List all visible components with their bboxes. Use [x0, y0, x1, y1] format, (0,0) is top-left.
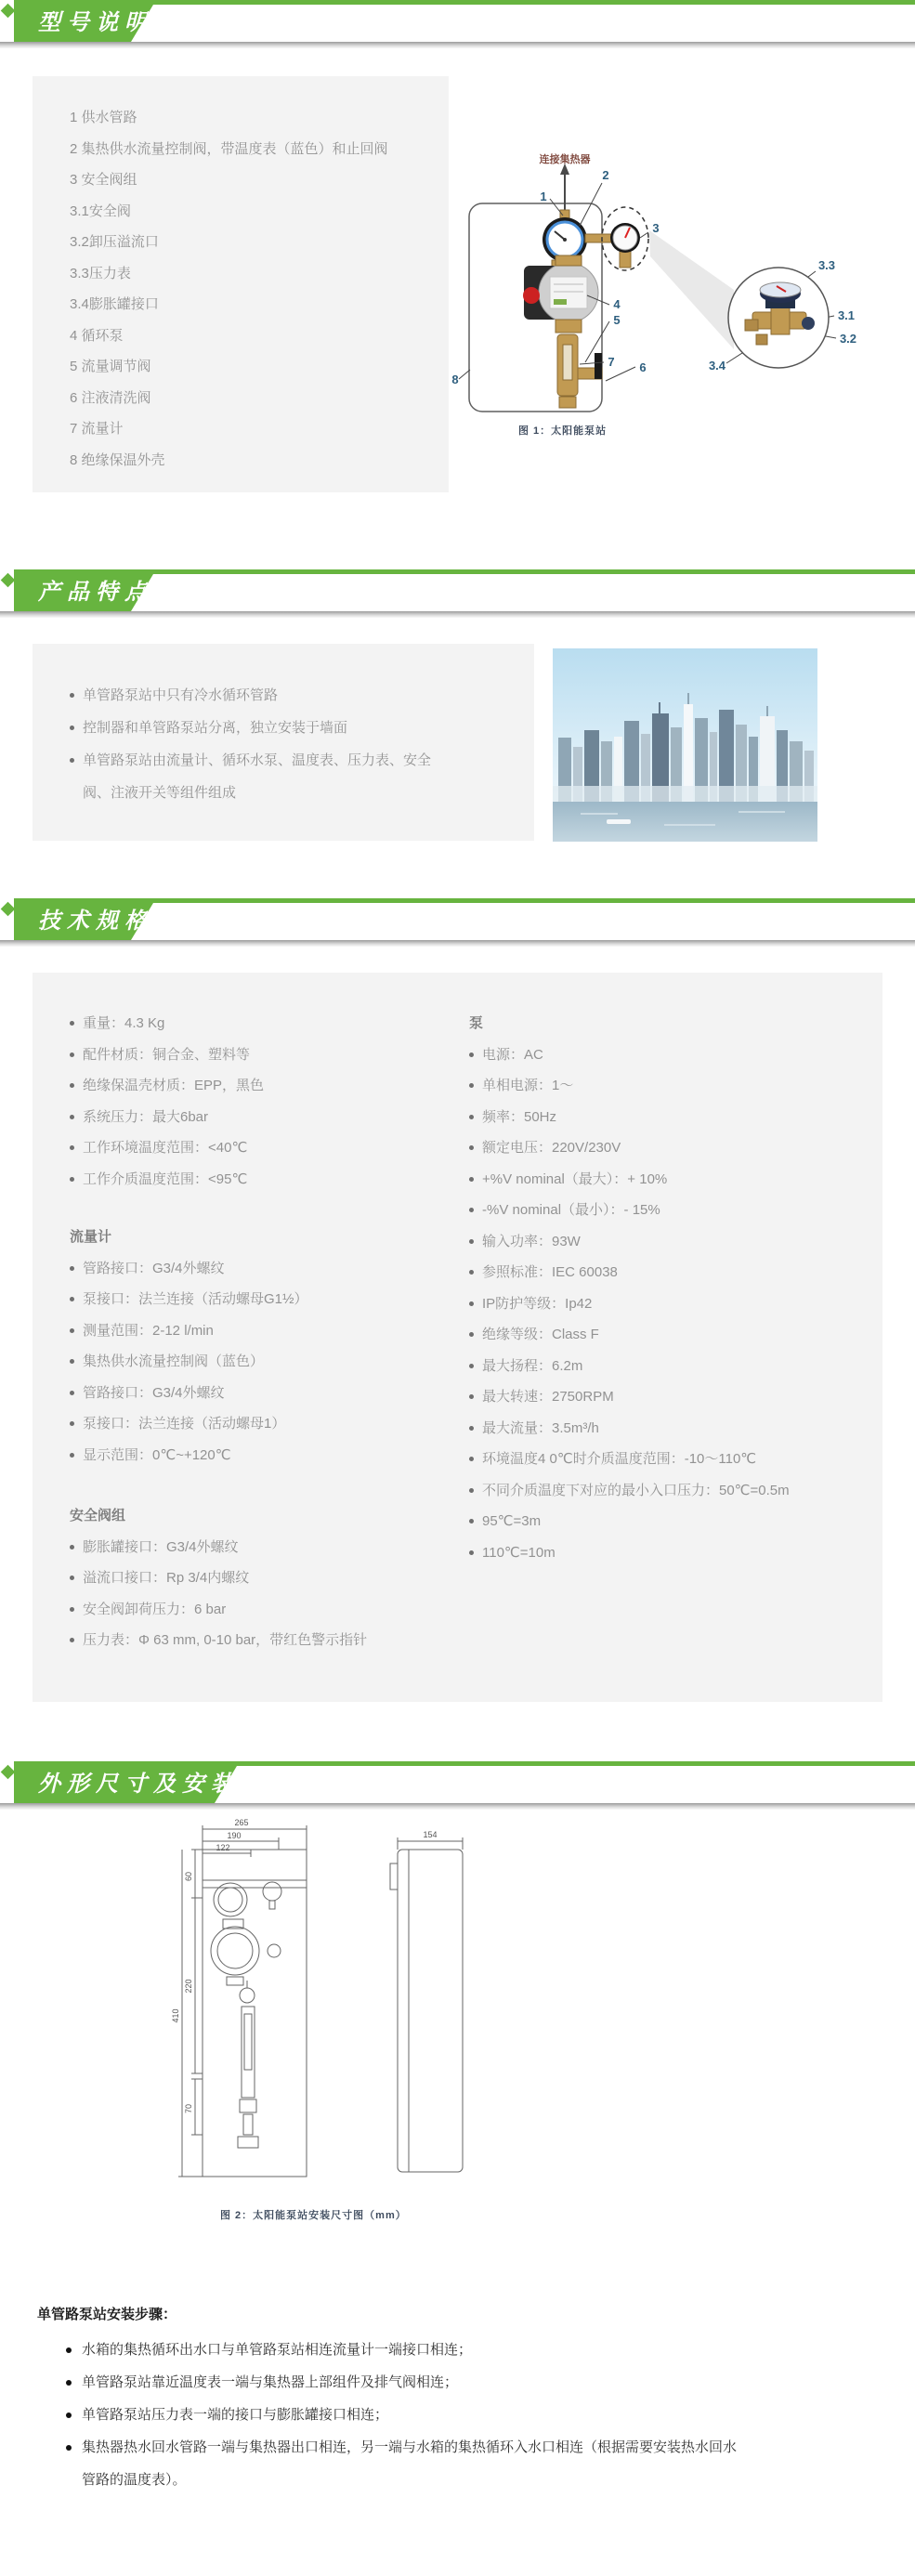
bullet-icon [66, 2380, 72, 2386]
callout-3-3: 3.3 [818, 258, 835, 272]
list-item: +%V nominal（最大）：+ 10% [469, 1164, 869, 1196]
banner-top-line [14, 0, 915, 5]
banner-shadow [0, 42, 915, 48]
specs-safety-list: 膨胀罐接口：G3/4外螺纹溢流口接口：Rp 3/4内螺纹安全阀卸荷压力：6 ba… [70, 1532, 460, 1656]
list-item: 泵接口：法兰连接（活动螺母G1½） [70, 1284, 460, 1315]
bullet-icon [70, 1021, 74, 1026]
dim-410: 410 [171, 2008, 180, 2022]
list-item: 单管路泵站由流量计、循环水泵、温度表、压力表、安全阀、注液开关等组件组成 [70, 744, 452, 809]
list-item: 7 流量计 [70, 413, 449, 445]
list-item: 最大转速：2750RPM [469, 1381, 869, 1413]
section-title-model: 型号说明 [14, 5, 153, 42]
diamond-icon [1, 902, 16, 917]
bullet-icon [70, 1177, 74, 1182]
list-item: 110℃=10m [469, 1537, 869, 1569]
pump-knob [523, 287, 540, 304]
banner-top-line [14, 569, 915, 574]
list-item: 水箱的集热循环出水口与单管路泵站相连流量计一端接口相连； [58, 2334, 750, 2366]
list-item: 压力表：Φ 63 mm, 0-10 bar，带红色警示指针 [70, 1625, 460, 1656]
bullet-icon [469, 1083, 474, 1088]
bullet-icon [469, 1301, 474, 1306]
bullet-icon [66, 2445, 72, 2451]
figure1-caption: 图 1：太阳能泵站 [518, 423, 607, 438]
callout-7: 7 [608, 355, 614, 369]
bullet-icon [70, 758, 74, 763]
list-item: 频率：50Hz [469, 1102, 869, 1133]
list-item: 3.3压力表 [70, 258, 449, 290]
bullet-icon [469, 1488, 474, 1493]
list-item: 额定电压：220V/230V [469, 1132, 869, 1164]
list-item: 2 集热供水流量控制阀，带温度表（蓝色）和止回阀 [70, 134, 449, 165]
callout-5: 5 [613, 313, 620, 327]
bullet-icon [70, 1115, 74, 1119]
bullet-icon [70, 1545, 74, 1550]
list-item: 3.1安全阀 [70, 196, 449, 228]
list-item: 5 流量调节阀 [70, 351, 449, 383]
bullet-icon [469, 1550, 474, 1555]
bullet-icon [66, 2347, 72, 2353]
bullet-icon [70, 1638, 74, 1642]
dim-220: 220 [184, 1979, 193, 1993]
dim-60: 60 [184, 1872, 193, 1881]
features-panel: 单管路泵站中只有冷水循环管路控制器和单管路泵站分离，独立安装于墙面单管路泵站由流… [33, 644, 534, 841]
specs-left-column: 重量：4.3 Kg配件材质：铜合金、塑料等绝缘保温壳材质：EPP，黑色系统压力：… [70, 1008, 460, 1656]
list-item: 单管路泵站靠近温度表一端与集热器上部组件及排气阀相连； [58, 2366, 750, 2399]
bullet-icon [469, 1239, 474, 1244]
specs-right-column: 泵 电源：AC单相电源：1～频率：50Hz额定电压：220V/230V+%V n… [469, 1008, 869, 1568]
list-item: 测量范围：2-12 l/min [70, 1315, 460, 1347]
list-item: 3.4膨胀罐接口 [70, 289, 449, 320]
bullet-icon [70, 1359, 74, 1364]
bullet-icon [70, 1266, 74, 1271]
specs-pump-list: 电源：AC单相电源：1～频率：50Hz额定电压：220V/230V+%V nom… [469, 1040, 869, 1569]
section-banner-specs: 技术规格 [0, 898, 915, 947]
list-item: 参照标准：IEC 60038 [469, 1257, 869, 1288]
callout-4: 4 [613, 297, 621, 311]
list-item: 绝缘保温壳材质：EPP，黑色 [70, 1070, 460, 1102]
banner-top-line [14, 1761, 915, 1766]
figure2-dimension-drawing: 265 190 122 60 220 410 70 154 [149, 1810, 483, 2204]
list-item: 泵接口：法兰连接（活动螺母1） [70, 1408, 460, 1440]
list-item: 单相电源：1～ [469, 1070, 869, 1102]
model-parts-panel: 1 供水管路2 集热供水流量控制阀，带温度表（蓝色）和止回阀3 安全阀组3.1安… [33, 76, 449, 492]
list-item: 不同介质温度下对应的最小入口压力：50℃=0.5m [469, 1475, 869, 1507]
bullet-icon [66, 2413, 72, 2418]
diamond-icon [1, 573, 16, 588]
specs-flowmeter-list: 管路接口：G3/4外螺纹泵接口：法兰连接（活动螺母G1½）测量范围：2-12 l… [70, 1253, 460, 1471]
section-banner-model: 型号说明 [0, 0, 915, 48]
section-banner-install: 外形尺寸及安装 [0, 1761, 915, 1810]
list-item: 工作介质温度范围：<95℃ [70, 1164, 460, 1196]
flowmeter-subheading: 流量计 [70, 1222, 460, 1253]
list-item: 膨胀罐接口：G3/4外螺纹 [70, 1532, 460, 1563]
list-item: 1 供水管路 [70, 102, 449, 134]
list-item: 电源：AC [469, 1040, 869, 1071]
list-item: 系统压力：最大6bar [70, 1102, 460, 1133]
list-item: 4 循环泵 [70, 320, 449, 352]
diamond-icon [1, 4, 16, 19]
list-item: 重量：4.3 Kg [70, 1008, 460, 1040]
list-item: 管路接口：G3/4外螺纹 [70, 1378, 460, 1409]
list-item: 绝缘等级：Class F [469, 1319, 869, 1351]
banner-shadow [0, 611, 915, 618]
list-item: 集热器热水回水管路一端与集热器出口相连，另一端与水箱的集热循环入水口相连（根据需… [58, 2431, 750, 2496]
safety-subheading: 安全阀组 [70, 1500, 460, 1532]
bullet-icon [70, 1453, 74, 1458]
bullet-icon [469, 1208, 474, 1212]
list-item: 3.2卸压溢流口 [70, 227, 449, 258]
bullet-icon [70, 1083, 74, 1088]
dim-265: 265 [234, 1818, 248, 1827]
banner-shadow [0, 940, 915, 947]
specs-panel: 重量：4.3 Kg配件材质：铜合金、塑料等绝缘保温壳材质：EPP，黑色系统压力：… [33, 973, 882, 1702]
banner-shadow [0, 1803, 915, 1810]
callout-1: 1 [540, 190, 546, 203]
page: 型号说明 1 供水管路2 集热供水流量控制阀，带温度表（蓝色）和止回阀3 安全阀… [0, 0, 915, 2576]
dim-122: 122 [216, 1843, 229, 1852]
bullet-icon [70, 726, 74, 730]
dim-70: 70 [184, 2104, 193, 2113]
bullet-icon [70, 1391, 74, 1395]
connect-collector-label: 连接集热器 [540, 152, 591, 165]
bullet-icon [469, 1364, 474, 1368]
callout-3-2: 3.2 [840, 332, 856, 346]
list-item: 输入功率：93W [469, 1226, 869, 1258]
figure1-pump-station-diagram: 连接集热器 [446, 74, 892, 446]
specs-general-list: 重量：4.3 Kg配件材质：铜合金、塑料等绝缘保温壳材质：EPP，黑色系统压力：… [70, 1008, 460, 1195]
bullet-icon [70, 1576, 74, 1580]
bullet-icon [70, 693, 74, 698]
section-title-features: 产品特点 [14, 574, 153, 611]
callout-3-4: 3.4 [709, 359, 726, 373]
list-item: 配件材质：铜合金、塑料等 [70, 1040, 460, 1071]
section-banner-features: 产品特点 [0, 569, 915, 618]
bullet-icon [469, 1115, 474, 1119]
side-view-outline [398, 1850, 463, 2172]
bullet-icon [70, 1297, 74, 1301]
list-item: 3 安全阀组 [70, 164, 449, 196]
list-item: 控制器和单管路泵站分离，独立安装于墙面 [70, 712, 452, 744]
features-list: 单管路泵站中只有冷水循环管路控制器和单管路泵站分离，独立安装于墙面单管路泵站由流… [70, 679, 452, 809]
zoom-beam [649, 230, 734, 349]
list-item: 管路接口：G3/4外螺纹 [70, 1253, 460, 1285]
list-item: 单管路泵站压力表一端的接口与膨胀罐接口相连； [58, 2399, 750, 2431]
callout-8: 8 [451, 373, 458, 386]
list-item: 安全阀卸荷压力：6 bar [70, 1594, 460, 1626]
bullet-icon [469, 1332, 474, 1337]
model-parts-list: 1 供水管路2 集热供水流量控制阀，带温度表（蓝色）和止回阀3 安全阀组3.1安… [33, 76, 449, 476]
bullet-icon [469, 1457, 474, 1461]
list-item: -%V nominal（最小）：- 15% [469, 1195, 869, 1226]
bullet-icon [70, 1053, 74, 1057]
bullet-icon [70, 1328, 74, 1333]
bullet-icon [469, 1145, 474, 1150]
list-item: 溢流口接口：Rp 3/4内螺纹 [70, 1563, 460, 1594]
bullet-icon [469, 1519, 474, 1523]
list-item: 6 注液清洗阀 [70, 383, 449, 414]
list-item: 8 绝缘保温外壳 [70, 445, 449, 477]
bullet-icon [70, 1421, 74, 1426]
bullet-icon [469, 1053, 474, 1057]
callout-2: 2 [602, 168, 608, 182]
list-item: 工作环境温度范围：<40℃ [70, 1132, 460, 1164]
boat [607, 819, 631, 824]
list-item: 集热供水流量控制阀（蓝色） [70, 1346, 460, 1378]
city-skyline-photo [553, 648, 817, 842]
figure2-caption: 图 2：太阳能泵站安装尺寸图（mm） [220, 2207, 407, 2222]
install-steps-list: 水箱的集热循环出水口与单管路泵站相连流量计一端接口相连；单管路泵站靠近温度表一端… [58, 2334, 750, 2496]
callout-3-1: 3.1 [838, 308, 855, 322]
bullet-icon [70, 1145, 74, 1150]
bullet-icon [469, 1270, 474, 1275]
bullet-icon [469, 1394, 474, 1399]
install-steps-title: 单管路泵站安装步骤： [37, 2306, 176, 2324]
list-item: 最大流量：3.5m³/h [469, 1413, 869, 1445]
list-item: 95℃=3m [469, 1506, 869, 1537]
list-item: 显示范围：0℃~+120℃ [70, 1440, 460, 1471]
dim-190: 190 [227, 1831, 241, 1840]
bullet-icon [469, 1177, 474, 1182]
section-title-install: 外形尺寸及安装 [14, 1766, 237, 1803]
list-item: 单管路泵站中只有冷水循环管路 [70, 679, 452, 712]
bullet-icon [70, 1607, 74, 1612]
bullet-icon [469, 1426, 474, 1431]
list-item: 最大扬程：6.2m [469, 1351, 869, 1382]
pump-subheading: 泵 [469, 1008, 869, 1040]
section-title-specs: 技术规格 [14, 903, 153, 940]
dim-154: 154 [423, 1830, 437, 1839]
callout-6: 6 [639, 360, 646, 374]
banner-top-line [14, 898, 915, 903]
diamond-icon [1, 1765, 16, 1780]
list-item: IP防护等级：Ip42 [469, 1288, 869, 1320]
list-item: 环境温度4 0℃时介质温度范围：-10～110℃ [469, 1444, 869, 1475]
callout-3: 3 [652, 221, 659, 235]
